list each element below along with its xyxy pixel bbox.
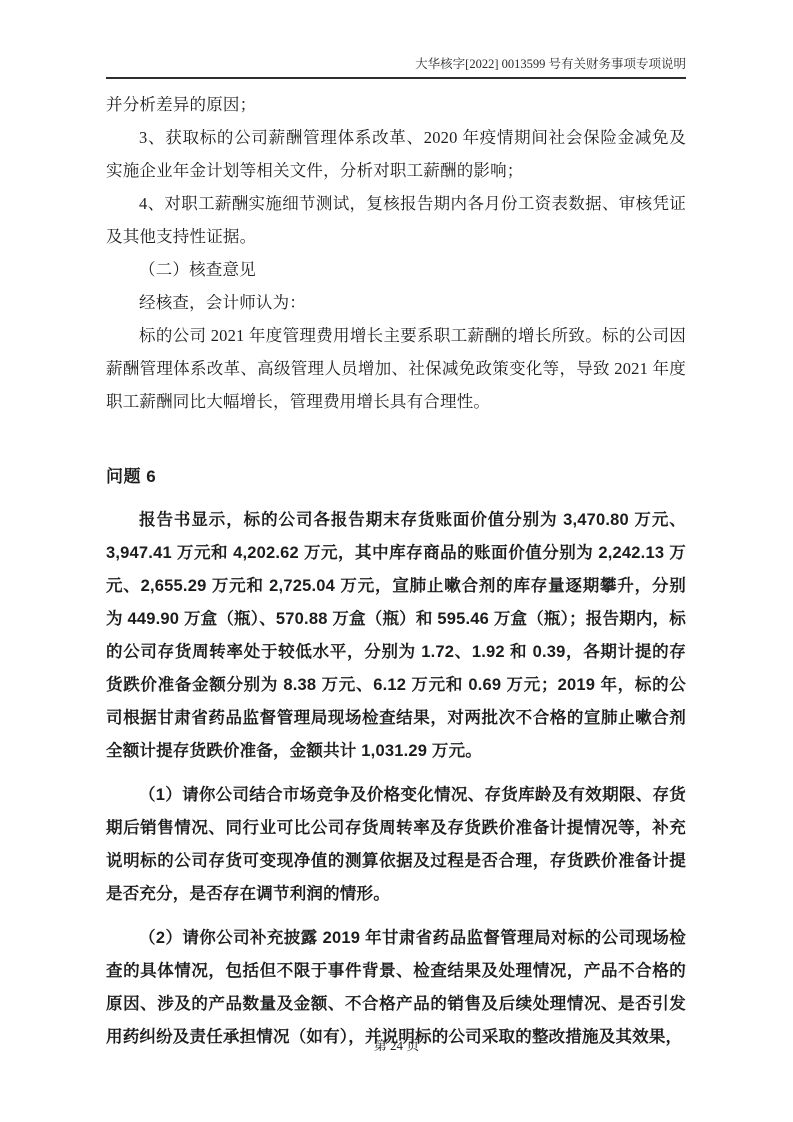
header-title: 大华核字[2022] 0013599 号有关财务事项专项说明 [415,57,686,71]
paragraph-opinion: 标的公司 2021 年度管理费用增长主要系职工薪酬的增长所致。标的公司因薪酬管理… [106,319,686,418]
document-page: 大华核字[2022] 0013599 号有关财务事项专项说明 并分析差异的原因；… [0,0,793,1122]
document-body: 并分析差异的原因； 3、获取标的公司薪酬管理体系改革、2020 年疫情期间社会保… [106,88,686,1054]
paragraph-procedure-3: 3、获取标的公司薪酬管理体系改革、2020 年疫情期间社会保险金减免及实施企业年… [106,121,686,187]
paragraph-question-body: 报告书显示，标的公司各报告期末存货账面价值分别为 3,470.80 万元、3,9… [106,504,686,768]
page-header: 大华核字[2022] 0013599 号有关财务事项专项说明 [106,54,686,79]
question-6-heading: 问题 6 [106,460,686,493]
paragraph-procedure-4: 4、对职工薪酬实施细节测试，复核报告期内各月份工资表数据、审核凭证及其他支持性证… [106,187,686,253]
page-number: 第 24 页 [374,1038,420,1053]
paragraph-opinion-intro: 经核查，会计师认为： [106,286,686,319]
paragraph-question-item-1: （1）请你公司结合市场竞争及价格变化情况、存货库龄及有效期限、存货期后销售情况、… [106,779,686,911]
paragraph-continuation: 并分析差异的原因； [106,88,686,121]
page-footer: 第 24 页 [0,1036,793,1056]
paragraph-section-title: （二）核查意见 [106,253,686,286]
paragraph-question-item-2: （2）请你公司补充披露 2019 年甘肃省药品监督管理局对标的公司现场检查的具体… [106,922,686,1054]
